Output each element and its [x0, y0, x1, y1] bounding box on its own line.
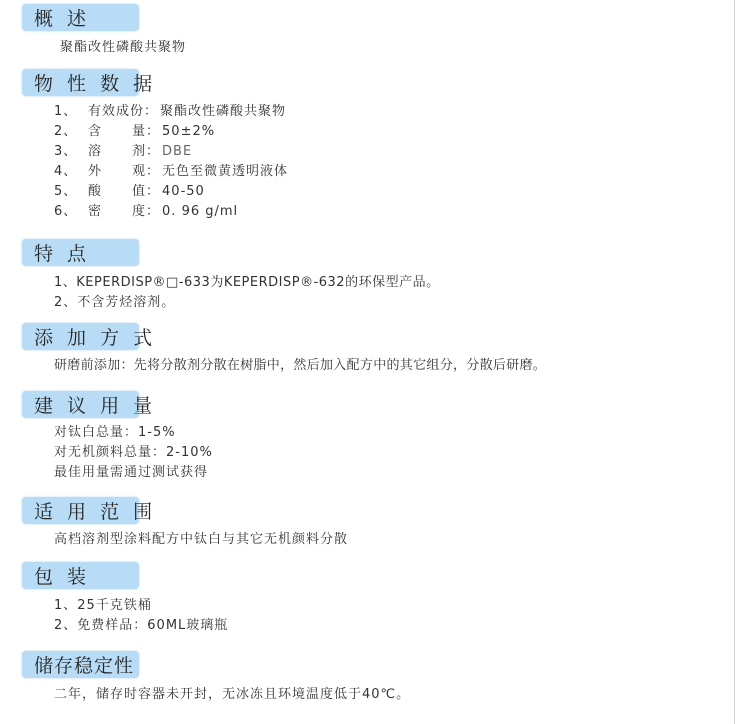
property-value: 聚酯改性磷酸共聚物 — [158, 104, 286, 120]
section-title-dosage: 建 议 用 量 — [34, 391, 156, 418]
property-label-second: 量 — [132, 124, 146, 140]
property-label-first: 溶 — [88, 144, 132, 160]
property-label: 有效成份 — [88, 104, 144, 120]
property-label-second: 剂 — [132, 144, 146, 160]
dosage-item: 对钛白总量：1-5% — [54, 425, 176, 441]
property-label-second: 度 — [132, 204, 146, 220]
property-index: 6、 — [54, 204, 88, 220]
section-header-addition: 添 加 方 式 — [22, 323, 139, 350]
property-label-second: 值 — [132, 184, 146, 200]
property-index: 4、 — [54, 164, 88, 180]
packaging-item: 2、免费样品：60ML玻璃瓶 — [54, 618, 228, 634]
dosage-item: 最佳用量需通过测试获得 — [54, 465, 208, 481]
section-header-overview: 概 述 — [22, 4, 139, 31]
property-separator: ： — [146, 144, 160, 160]
dosage-item: 对无机颜料总量：2-10% — [54, 445, 213, 461]
section-title-packaging: 包 装 — [34, 562, 90, 589]
section-title-storage: 储存稳定性 — [34, 651, 134, 678]
property-row: 5、 酸 值 ： 40-50 — [54, 184, 205, 200]
property-row: 4、 外 观 ： 无色至微黄透明液体 — [54, 164, 288, 180]
property-label-first: 含 — [88, 124, 132, 140]
section-title-overview: 概 述 — [34, 4, 90, 31]
section-header-features: 特 点 — [22, 239, 139, 266]
section-header-properties: 物 性 数 据 — [22, 69, 139, 96]
property-value: 无色至微黄透明液体 — [160, 164, 288, 180]
property-value: DBE — [160, 144, 192, 160]
property-row: 3、 溶 剂 ： DBE — [54, 144, 192, 160]
section-header-storage: 储存稳定性 — [22, 651, 139, 678]
section-header-application: 适 用 范 围 — [22, 497, 139, 524]
section-title-properties: 物 性 数 据 — [34, 69, 156, 96]
overview-text: 聚酯改性磷酸共聚物 — [60, 40, 186, 56]
packaging-item: 1、25千克铁桶 — [54, 598, 152, 614]
section-header-packaging: 包 装 — [22, 562, 139, 589]
application-text: 高档溶剂型涂料配方中钛白与其它无机颜料分散 — [54, 532, 348, 548]
property-separator: ： — [146, 124, 160, 140]
property-index: 1、 — [54, 104, 88, 120]
property-value: 40-50 — [160, 184, 205, 200]
property-label-first: 外 — [88, 164, 132, 180]
property-separator: ： — [144, 104, 158, 120]
feature-item: 1、KEPERDISP®□-633为KEPERDISP®-632的环保型产品。 — [54, 275, 440, 291]
property-value: 50±2% — [160, 124, 215, 140]
property-separator: ： — [146, 164, 160, 180]
property-row: 2、 含 量 ： 50±2% — [54, 124, 215, 140]
property-row: 1、 有效成份 ： 聚酯改性磷酸共聚物 — [54, 104, 286, 120]
section-title-features: 特 点 — [34, 239, 90, 266]
storage-text: 二年，储存时容器未开封，无冰冻且环境温度低于40℃。 — [54, 687, 410, 703]
feature-item: 2、不含芳烃溶剂。 — [54, 295, 175, 311]
section-title-addition: 添 加 方 式 — [34, 323, 156, 350]
property-index: 5、 — [54, 184, 88, 200]
property-label-second: 观 — [132, 164, 146, 180]
property-separator: ： — [146, 184, 160, 200]
property-value: 0. 96 g/ml — [160, 204, 238, 220]
section-header-dosage: 建 议 用 量 — [22, 391, 139, 418]
property-label-first: 密 — [88, 204, 132, 220]
section-title-application: 适 用 范 围 — [34, 497, 156, 524]
property-row: 6、 密 度 ： 0. 96 g/ml — [54, 204, 238, 220]
property-index: 3、 — [54, 144, 88, 160]
addition-text: 研磨前添加：先将分散剂分散在树脂中，然后加入配方中的其它组分，分散后研磨。 — [54, 358, 546, 374]
property-label-first: 酸 — [88, 184, 132, 200]
property-index: 2、 — [54, 124, 88, 140]
property-separator: ： — [146, 204, 160, 220]
